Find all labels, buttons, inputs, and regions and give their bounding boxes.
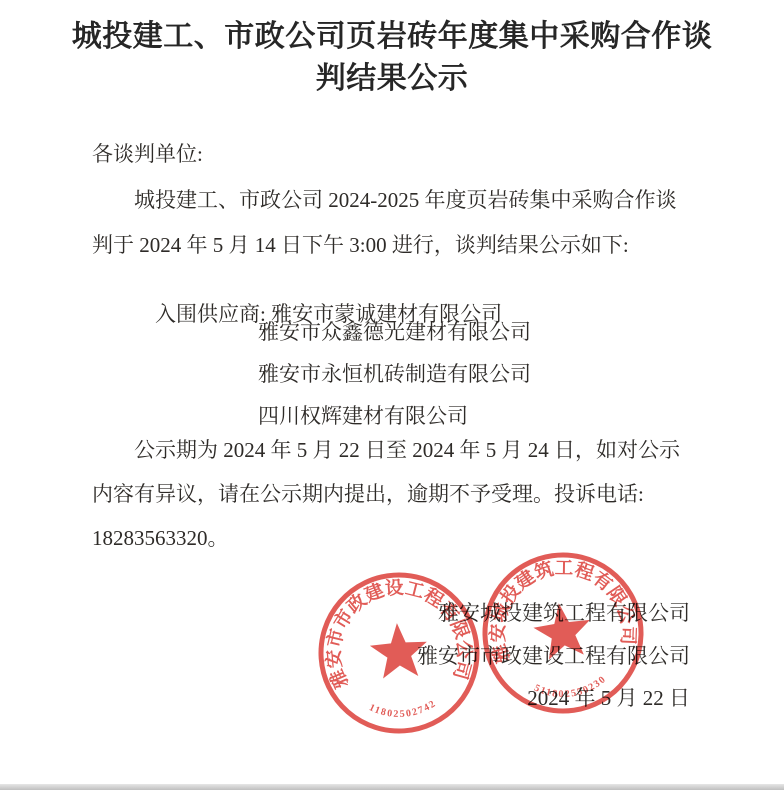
official-seal-left: 雅安市市政建设工程有限公司 5118025027427 [292, 546, 505, 759]
seal-serial-number: 5118025027427 [292, 546, 439, 727]
document-title: 城投建工、市政公司页岩砖年度集中采购合作谈 判结果公示 [0, 16, 784, 100]
seal-star-icon [531, 599, 595, 661]
paragraph2-line1: 公示期为 2024 年 5 月 22 日至 2024 年 5 月 24 日，如对… [134, 438, 680, 462]
suppliers-label: 入围供应商: [155, 302, 271, 326]
announcement-document: 城投建工、市政公司页岩砖年度集中采购合作谈 判结果公示 各谈判单位: 城投建工、… [0, 0, 784, 790]
greeting-line: 各谈判单位: [92, 142, 203, 166]
complaint-phone-number: 18283563320。 [92, 526, 229, 550]
title-line-1: 城投建工、市政公司页岩砖年度集中采购合作谈 [0, 16, 784, 58]
paragraph2-line2: 内容有异议，请在公示期内提出，逾期不予受理。投诉电话: [92, 482, 644, 506]
supplier-name-2: 雅安市众鑫德光建材有限公司 [258, 320, 531, 344]
title-line-2: 判结果公示 [0, 58, 784, 100]
scan-edge-shadow [0, 784, 784, 790]
svg-text:5118025027427: 5118025027427 [292, 546, 439, 727]
supplier-name-3: 雅安市永恒机砖制造有限公司 [258, 362, 531, 386]
seal-star-icon [368, 621, 429, 679]
supplier-name-4: 四川权辉建材有限公司 [258, 404, 468, 428]
paragraph1-line2: 判于 2024 年 5 月 14 日下午 3:00 进行，谈判结果公示如下: [92, 233, 629, 257]
paragraph1-line1: 城投建工、市政公司 2024-2025 年度页岩砖集中采购合作谈 [134, 188, 677, 212]
